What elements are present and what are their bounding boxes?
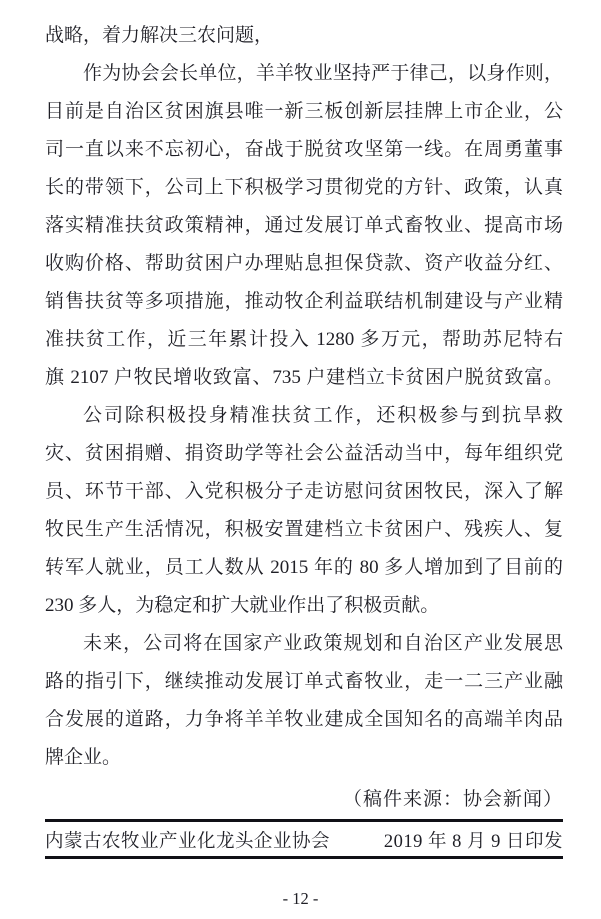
issuer-name: 内蒙古农牧业产业化龙头企业协会 <box>45 827 330 853</box>
body-line: 路的指引下，继续推动发展订单式畜牧业，走一二三产业融 <box>45 663 563 701</box>
body-line: 销售扶贫等多项措施，推动牧企利益联结机制建设与产业精 <box>45 283 563 321</box>
document-page: 战略，着力解决三农问题，作为协会会长单位，羊羊牧业坚持严于律己，以身作则，目前是… <box>0 0 601 919</box>
body-line: 灾、贫困捐赠、捐资助学等社会公益活动当中，每年组织党 <box>45 435 563 473</box>
body-line: 作为协会会长单位，羊羊牧业坚持严于律己，以身作则， <box>45 55 563 93</box>
body-line: 收购价格、帮助贫困户办理贴息担保贷款、资产收益分红、 <box>45 245 563 283</box>
body-line: 准扶贫工作，近三年累计投入 1280 多万元，帮助苏尼特右 <box>45 321 563 359</box>
body-line: 牧民生产生活情况，积极安置建档立卡贫困户、残疾人、复 <box>45 511 563 549</box>
body-line: 公司除积极投身精准扶贫工作，还积极参与到抗旱救 <box>45 397 563 435</box>
body-line: 司一直以来不忘初心，奋战于脱贫攻坚第一线。在周勇董事 <box>45 131 563 169</box>
page-number: - 12 - <box>0 888 601 910</box>
body-line: 战略，着力解决三农问题， <box>45 17 563 55</box>
footer-rule-top <box>45 819 563 822</box>
body-line: 未来，公司将在国家产业政策规划和自治区产业发展思 <box>45 625 563 663</box>
document-body: 战略，着力解决三农问题，作为协会会长单位，羊羊牧业坚持严于律己，以身作则，目前是… <box>45 17 563 777</box>
body-line: 目前是自治区贫困旗县唯一新三板创新层挂牌上市企业，公 <box>45 93 563 131</box>
body-line: 转军人就业，员工人数从 2015 年的 80 多人增加到了目前的 <box>45 549 563 587</box>
body-line: 旗 2107 户牧民增收致富、735 户建档立卡贫困户脱贫致富。 <box>45 359 563 397</box>
body-line: 牌企业。 <box>45 739 563 777</box>
source-attribution: （稿件来源：协会新闻） <box>45 781 563 819</box>
body-line: 合发展的道路，力争将羊羊牧业建成全国知名的高端羊肉品 <box>45 701 563 739</box>
body-line: 员、环节干部、入党积极分子走访慰问贫困牧民，深入了解 <box>45 473 563 511</box>
footer-rule-bottom <box>45 856 563 859</box>
body-line: 落实精准扶贫政策精神，通过发展订单式畜牧业、提高市场 <box>45 207 563 245</box>
body-line: 长的带领下，公司上下积极学习贯彻党的方针、政策，认真 <box>45 169 563 207</box>
body-line: 230 多人，为稳定和扩大就业作出了积极贡献。 <box>45 587 563 625</box>
print-date: 2019 年 8 月 9 日印发 <box>384 827 563 853</box>
footer-row: 内蒙古农牧业产业化龙头企业协会 2019 年 8 月 9 日印发 <box>45 824 563 856</box>
